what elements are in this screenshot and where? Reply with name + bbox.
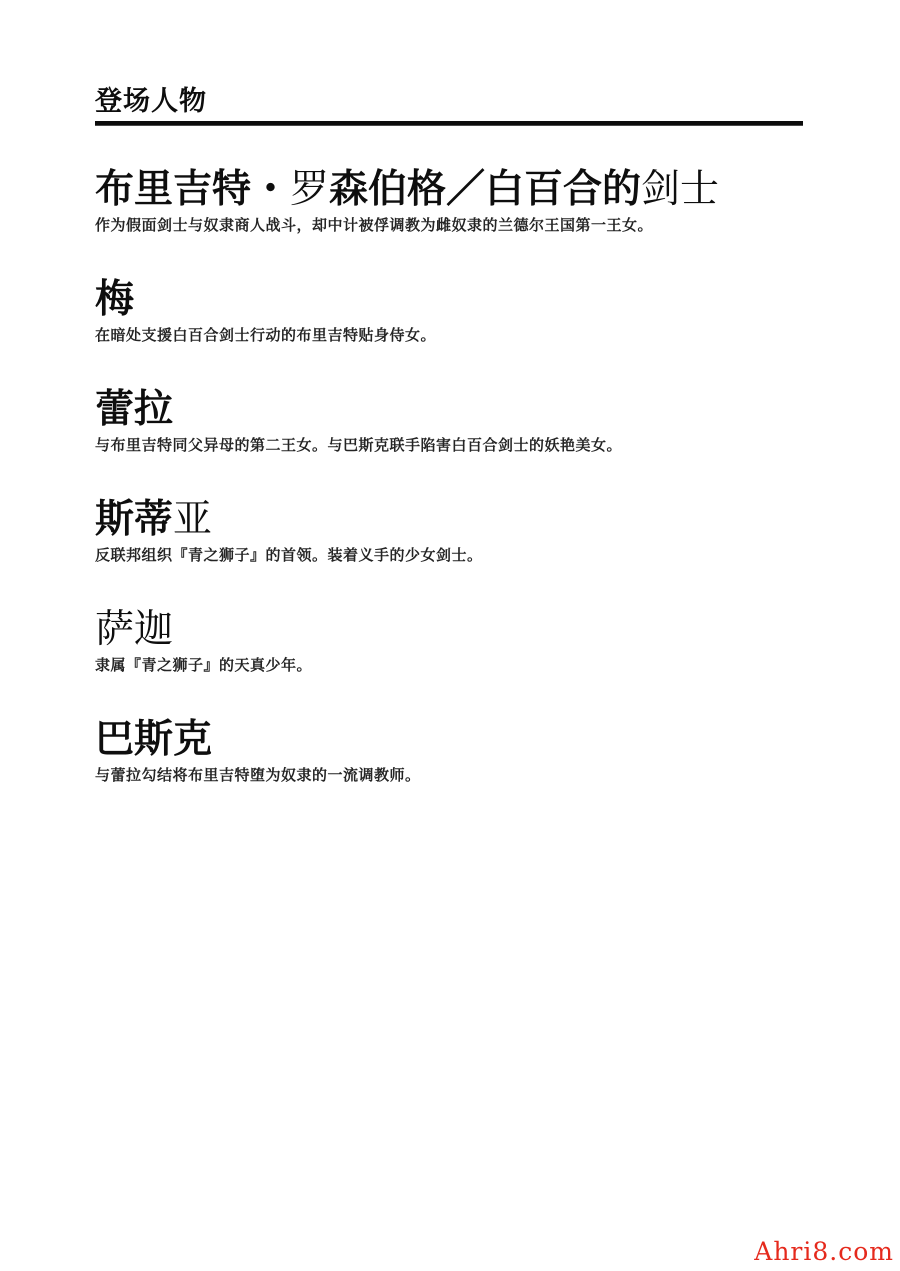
character-list: 布里吉特・罗森伯格／白百合的剑士 作为假面剑士与奴隶商人战斗，却中计被俘调教为雌… xyxy=(95,168,815,785)
character-description: 在暗处支援白百合剑士行动的布里吉特贴身侍女。 xyxy=(95,326,815,345)
character-name: 布里吉特・罗森伯格／白百合的剑士 xyxy=(95,168,815,211)
character-section: 斯蒂亚 反联邦组织『青之狮子』的首领。装着义手的少女剑士。 xyxy=(95,498,815,565)
character-section: 蕾拉 与布里吉特同父异母的第二王女。与巴斯克联手陷害白百合剑士的妖艳美女。 xyxy=(95,388,815,455)
page-title: 登场人物 xyxy=(95,85,207,117)
page: 登场人物 布里吉特・罗森伯格／白百合的剑士 作为假面剑士与奴隶商人战斗，却中计被… xyxy=(0,0,900,1271)
character-name-segment: 剑士 xyxy=(641,167,719,212)
character-name-segment: 罗 xyxy=(290,167,329,212)
character-description: 作为假面剑士与奴隶商人战斗，却中计被俘调教为雌奴隶的兰德尔王国第一王女。 xyxy=(95,216,815,235)
watermark-text: Ahri8.com xyxy=(754,1239,894,1265)
character-section: 萨迦 隶属『青之狮子』的天真少年。 xyxy=(95,608,815,675)
character-section: 布里吉特・罗森伯格／白百合的剑士 作为假面剑士与奴隶商人战斗，却中计被俘调教为雌… xyxy=(95,168,815,235)
character-name-segment: 布里吉特・ xyxy=(95,168,290,211)
character-name: 梅 xyxy=(95,278,815,321)
character-name-segment: 蕾拉 xyxy=(95,388,173,431)
character-name: 蕾拉 xyxy=(95,388,815,431)
character-section: 梅 在暗处支援白百合剑士行动的布里吉特贴身侍女。 xyxy=(95,278,815,345)
character-name: 斯蒂亚 xyxy=(95,498,815,541)
character-description: 反联邦组织『青之狮子』的首领。装着义手的少女剑士。 xyxy=(95,546,815,565)
character-name-segment: 巴斯克 xyxy=(95,718,212,761)
character-name-segment: 萨迦 xyxy=(95,607,173,652)
character-name: 巴斯克 xyxy=(95,718,815,761)
character-description: 与蕾拉勾结将布里吉特堕为奴隶的一流调教师。 xyxy=(95,766,815,785)
header-rule xyxy=(95,121,803,126)
character-section: 巴斯克 与蕾拉勾结将布里吉特堕为奴隶的一流调教师。 xyxy=(95,718,815,785)
character-name-segment: 斯蒂 xyxy=(95,498,173,541)
character-description: 与布里吉特同父异母的第二王女。与巴斯克联手陷害白百合剑士的妖艳美女。 xyxy=(95,436,815,455)
character-name-segment: 亚 xyxy=(173,497,212,542)
character-name: 萨迦 xyxy=(95,608,815,651)
character-description: 隶属『青之狮子』的天真少年。 xyxy=(95,656,815,675)
character-name-segment: 森伯格／白百合的 xyxy=(329,168,641,211)
character-name-segment: 梅 xyxy=(95,278,134,321)
